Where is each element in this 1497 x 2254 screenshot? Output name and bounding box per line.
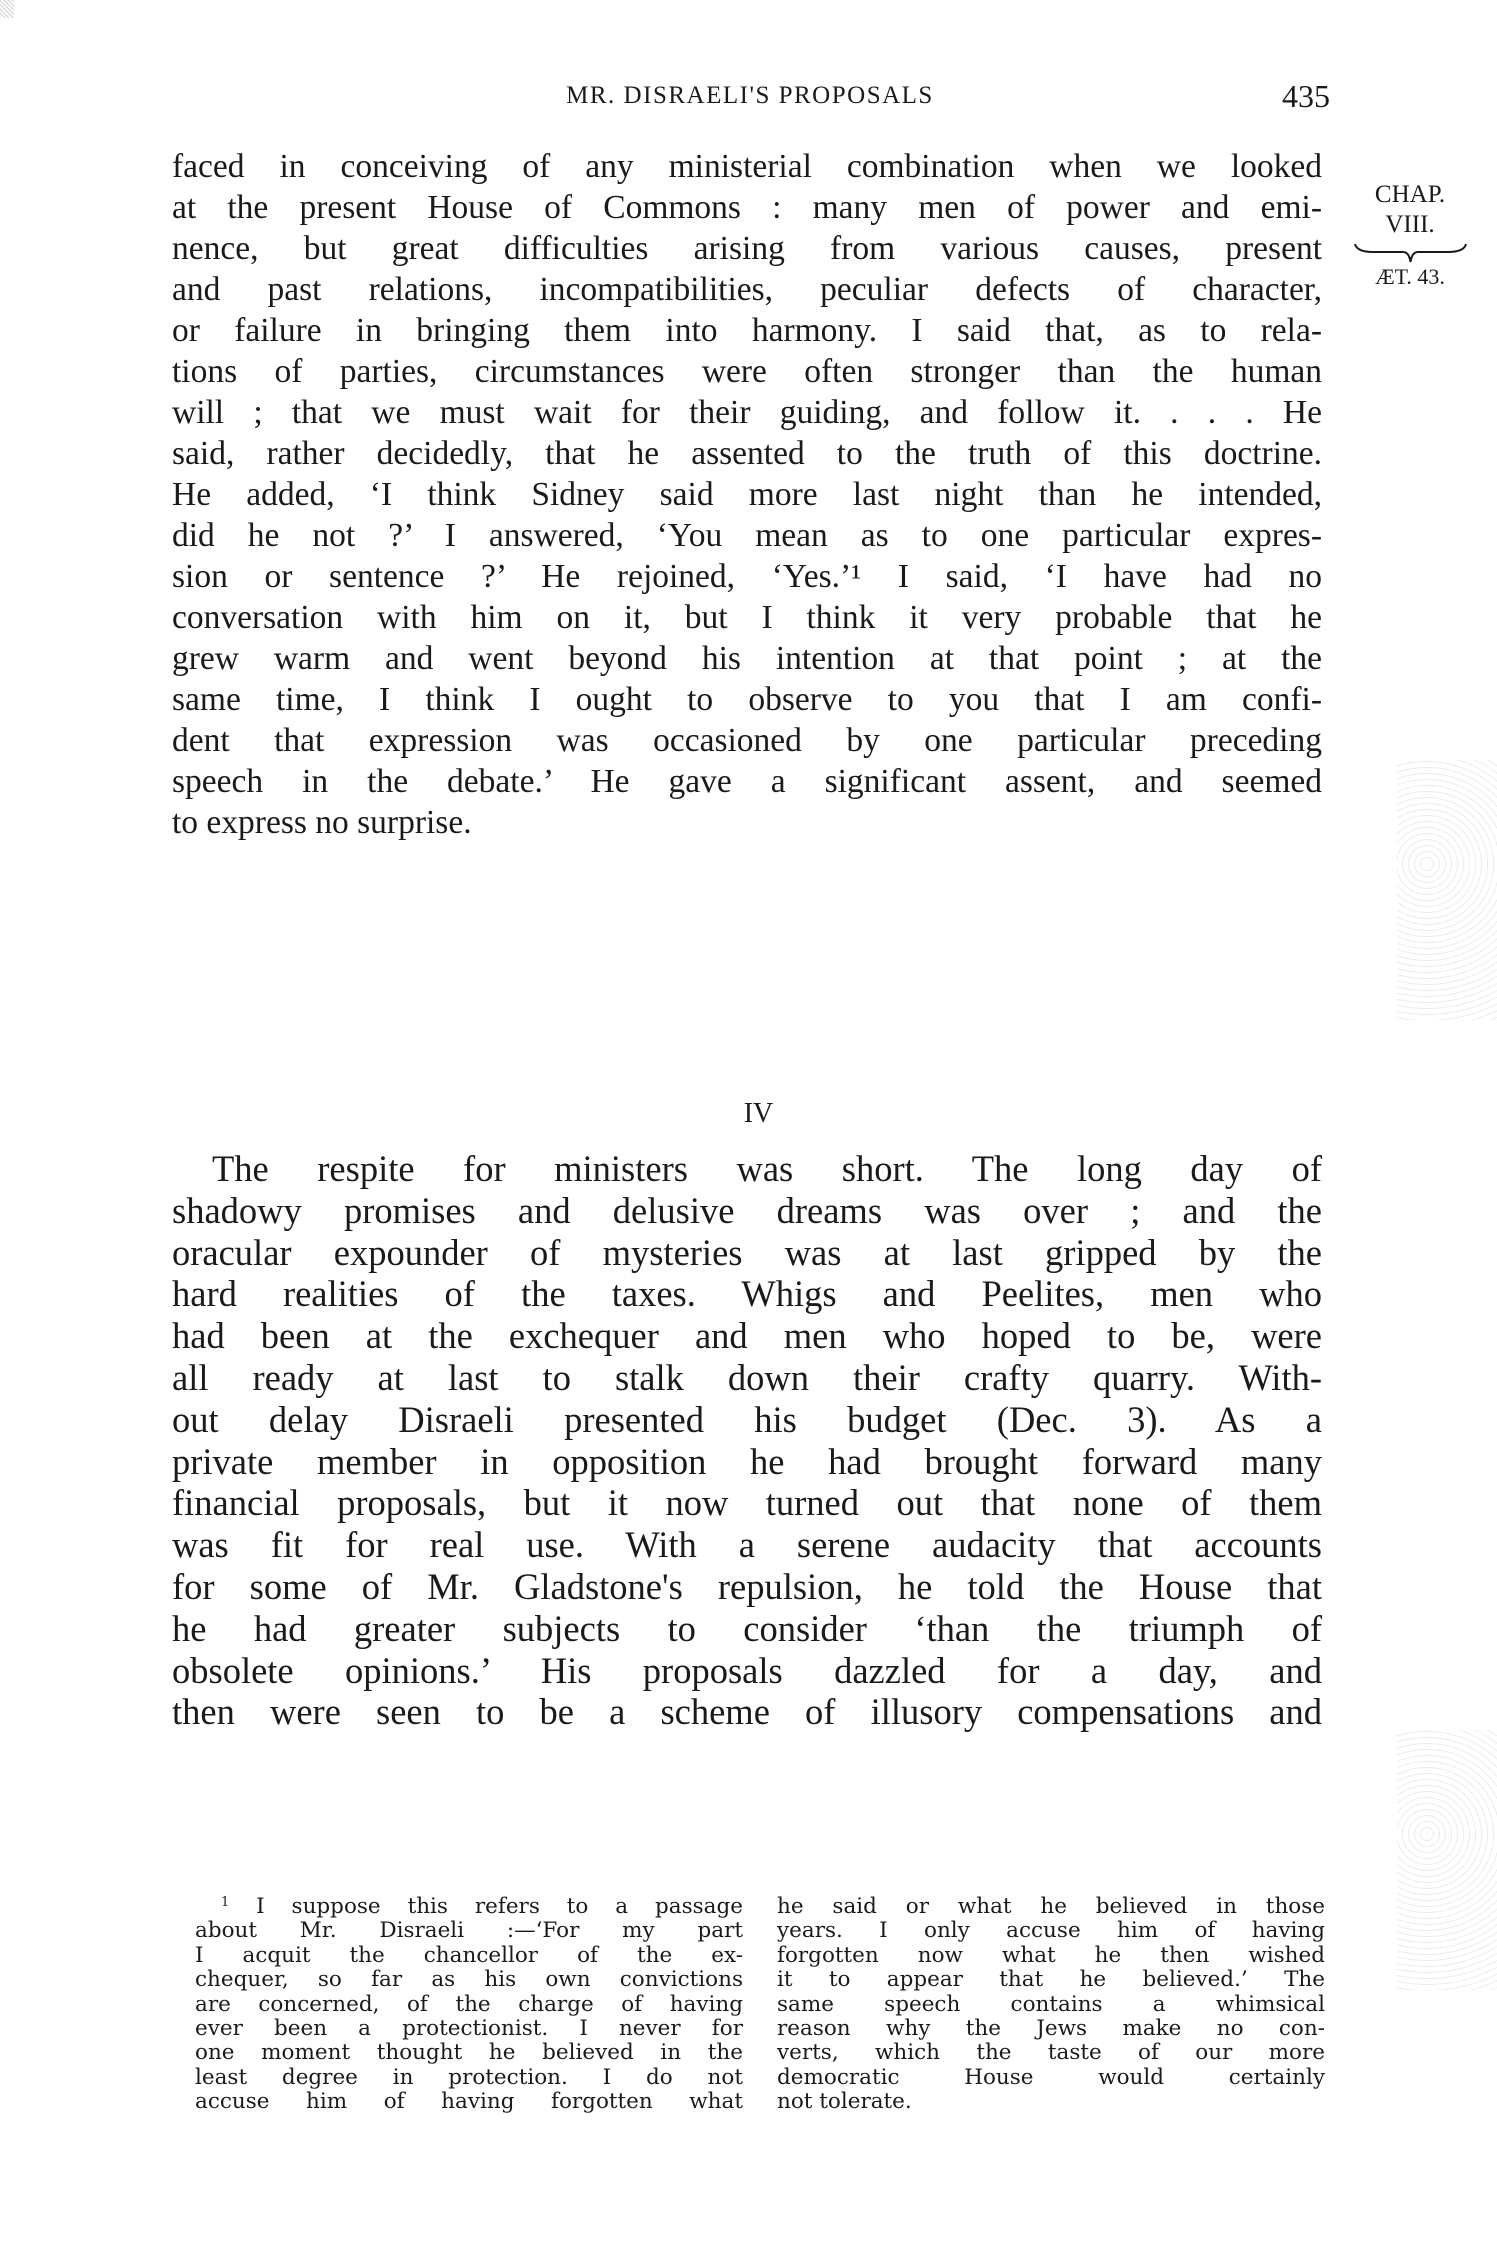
brace-icon	[1353, 242, 1468, 264]
footnote-line: verts, which the taste of our more	[777, 2041, 1325, 2065]
section-paragraph: The respite for ministers was short. The…	[172, 1148, 1322, 1733]
text-line: tions of parties, circumstances were oft…	[172, 351, 1322, 392]
footnote-line: years. I only accuse him of having	[777, 1919, 1325, 1943]
text-line: nence, but great difficulties arising fr…	[172, 228, 1322, 269]
footnote-line: accuse him of having forgotten what	[195, 2090, 743, 2114]
text-line: faced in conceiving of any ministerial c…	[172, 146, 1322, 187]
footnote-line: one moment thought he believed in the	[195, 2041, 743, 2065]
text-line: oracular expounder of mysteries was at l…	[172, 1232, 1322, 1274]
footnote-line: 1 I suppose this refers to a passage	[195, 1895, 743, 1919]
chapter-numeral: VIII.	[1345, 210, 1475, 240]
footnote-line: he said or what he believed in those	[777, 1895, 1325, 1919]
footnote-column-left: 1 I suppose this refers to a passage abo…	[195, 1895, 743, 2115]
text-line: did he not ?’ I answered, ‘You mean as t…	[172, 515, 1322, 556]
footnote-line: I acquit the chancellor of the ex-	[195, 1944, 743, 1968]
text-line: for some of Mr. Gladstone's repulsion, h…	[172, 1566, 1322, 1608]
footnote-line: chequer, so far as his own convictions	[195, 1968, 743, 1992]
footnote-line: it to appear that he believed.’ The	[777, 1968, 1325, 1992]
scan-artifact	[1397, 1730, 1497, 1990]
text-line: He added, ‘I think Sidney said more last…	[172, 474, 1322, 515]
text-line: and past relations, incompatibilities, p…	[172, 269, 1322, 310]
footnote-line: reason why the Jews make no con-	[777, 2017, 1325, 2041]
footnote-line: same speech contains a whimsical	[777, 1993, 1325, 2017]
page-number: 435	[1282, 78, 1330, 115]
footnote-line: forgotten now what he then wished	[777, 1944, 1325, 1968]
body-paragraph: faced in conceiving of any ministerial c…	[172, 146, 1322, 843]
footnote: 1 I suppose this refers to a passage abo…	[195, 1895, 1325, 2115]
footnote-line: democratic House would certainly	[777, 2066, 1325, 2090]
text-line: The respite for ministers was short. The…	[172, 1148, 1322, 1190]
text-line: speech in the debate.’ He gave a signifi…	[172, 761, 1322, 802]
footnote-line: about Mr. Disraeli :—‘For my part	[195, 1919, 743, 1943]
footnote-line: not tolerate.	[777, 2090, 1325, 2114]
footnote-column-right: he said or what he believed in those yea…	[777, 1895, 1325, 2115]
text-line: then were seen to be a scheme of illusor…	[172, 1691, 1322, 1733]
text-line: conversation with him on it, but I think…	[172, 597, 1322, 638]
scan-artifact	[1397, 760, 1497, 1020]
text-line: sion or sentence ?’ He rejoined, ‘Yes.’¹…	[172, 556, 1322, 597]
text-line: at the present House of Commons : many m…	[172, 187, 1322, 228]
text-line: shadowy promises and delusive dreams was…	[172, 1190, 1322, 1232]
footnote-line: least degree in protection. I do not	[195, 2066, 743, 2090]
text-line: hard realities of the taxes. Whigs and P…	[172, 1273, 1322, 1315]
text-line: will ; that we must wait for their guidi…	[172, 392, 1322, 433]
text-line: all ready at last to stalk down their cr…	[172, 1357, 1322, 1399]
footnote-line: ever been a protectionist. I never for	[195, 2017, 743, 2041]
text-line: had been at the exchequer and men who ho…	[172, 1315, 1322, 1357]
text-line: was fit for real use. With a serene auda…	[172, 1524, 1322, 1566]
text-line: out delay Disraeli presented his budget …	[172, 1399, 1322, 1441]
text-line: dent that expression was occasioned by o…	[172, 720, 1322, 761]
text-line: or failure in bringing them into harmony…	[172, 310, 1322, 351]
text-line: financial proposals, but it now turned o…	[172, 1482, 1322, 1524]
footnote-marker: 1	[221, 1895, 229, 1910]
section-heading: IV	[0, 1098, 1497, 1130]
text-line: obsolete opinions.’ His proposals dazzle…	[172, 1650, 1322, 1692]
footnote-line: are concerned, of the charge of having	[195, 1993, 743, 2017]
text-line: to express no surprise.	[172, 802, 1322, 843]
chapter-label: CHAP.	[1345, 180, 1475, 210]
text-line: he had greater subjects to consider ‘tha…	[172, 1608, 1322, 1650]
text-line: said, rather decidedly, that he assented…	[172, 433, 1322, 474]
page-header: MR. DISRAELI'S PROPOSALS 435	[170, 82, 1330, 122]
scan-artifact	[0, 0, 14, 18]
text-line: grew warm and went beyond his intention …	[172, 638, 1322, 679]
running-title: MR. DISRAELI'S PROPOSALS	[170, 82, 1330, 110]
margin-note: CHAP. VIII. ÆT. 43.	[1345, 180, 1475, 292]
text-line: private member in opposition he had brou…	[172, 1441, 1322, 1483]
age-note: ÆT. 43.	[1345, 262, 1475, 292]
text-line: same time, I think I ought to observe to…	[172, 679, 1322, 720]
